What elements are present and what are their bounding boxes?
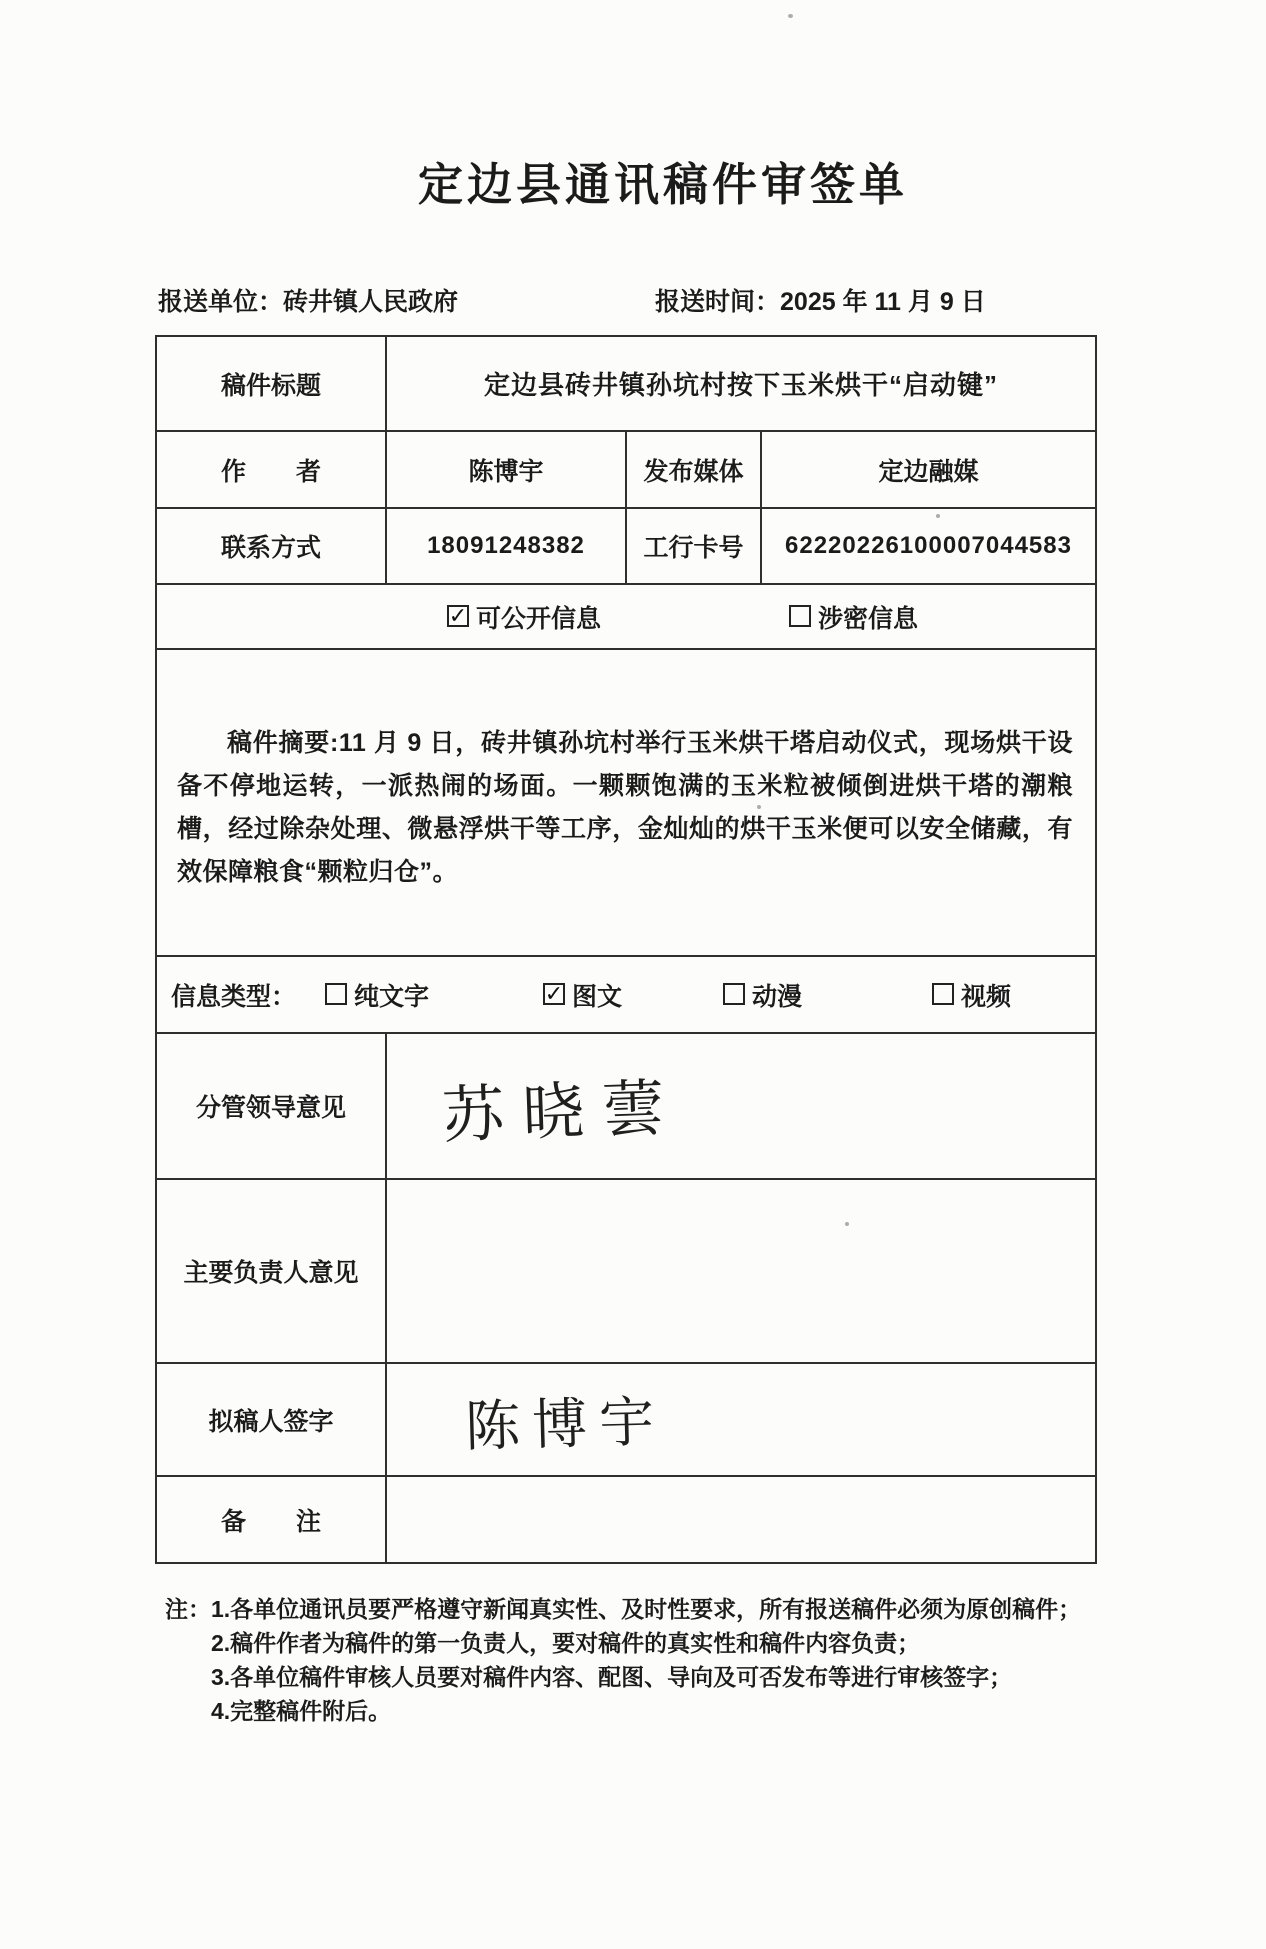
secret-info-checkbox-icon	[789, 605, 811, 627]
principal-opinion-area	[387, 1180, 1095, 1362]
submit-unit-value: 砖井镇人民政府	[283, 288, 458, 316]
row-leader-opinion: 分管领导意见 苏晓蕓	[157, 1034, 1095, 1180]
leader-opinion-label: 分管领导意见	[157, 1034, 387, 1178]
author-value: 陈博宇	[387, 432, 627, 507]
manuscript-summary: 稿件摘要:11 月 9 日，砖井镇孙坑村举行玉米烘干塔启动仪式，现场烘干设备不停…	[157, 650, 1095, 894]
footnote-item: 3.各单位稿件审核人员要对稿件内容、配图、导向及可否发布等进行审核签字；	[211, 1660, 1081, 1694]
scan-speck	[936, 514, 940, 518]
submit-unit-label: 报送单位：	[158, 288, 283, 316]
drafter-signature: 陈博宇	[464, 1377, 667, 1461]
video-checkbox-icon	[932, 983, 954, 1005]
contact-label: 联系方式	[157, 509, 387, 583]
row-drafter-signature: 拟稿人签字 陈博宇	[157, 1364, 1095, 1477]
public-info-checkbox-icon: ✓	[447, 605, 469, 627]
public-info-label: 可公开信息	[476, 599, 601, 635]
manuscript-title-label: 稿件标题	[157, 337, 387, 430]
info-type-option-animation: 动漫	[723, 957, 802, 1032]
scan-speck	[757, 805, 761, 809]
footnote-item: 2.稿件作者为稿件的第一负责人，要对稿件的真实性和稿件内容负责；	[211, 1626, 1081, 1660]
image-text-checkbox-icon: ✓	[543, 983, 565, 1005]
footnote-item: 1.各单位通讯员要严格遵守新闻真实性、及时性要求，所有报送稿件必须为原创稿件；	[211, 1592, 1081, 1626]
remarks-area	[387, 1477, 1095, 1562]
row-info-type: 信息类型： 纯文字 ✓ 图文 动漫 视频	[157, 957, 1095, 1034]
row-manuscript-title: 稿件标题 定边县砖井镇孙坑村按下玉米烘干“启动键”	[157, 337, 1095, 432]
secret-info-label: 涉密信息	[818, 599, 918, 635]
bank-card-label: 工行卡号	[627, 509, 762, 583]
secret-info-option: 涉密信息	[789, 585, 918, 648]
row-remarks: 备 注	[157, 1477, 1095, 1562]
row-principal-opinion: 主要负责人意见	[157, 1180, 1095, 1364]
info-type-label: 信息类型：	[171, 957, 296, 1032]
image-text-label: 图文	[572, 977, 622, 1013]
meta-line: 报送单位：砖井镇人民政府 报送时间：2025 年 11 月 9 日	[158, 282, 1098, 316]
footnotes-list: 1.各单位通讯员要严格遵守新闻真实性、及时性要求，所有报送稿件必须为原创稿件； …	[211, 1592, 1081, 1728]
footnotes: 注： 1.各单位通讯员要严格遵守新闻真实性、及时性要求，所有报送稿件必须为原创稿…	[165, 1592, 1125, 1728]
author-label: 作 者	[157, 432, 387, 507]
text-only-label: 纯文字	[354, 977, 429, 1013]
submit-time-label: 报送时间：	[655, 288, 780, 316]
principal-opinion-label: 主要负责人意见	[157, 1180, 387, 1362]
animation-label: 动漫	[752, 977, 802, 1013]
row-summary: 稿件摘要:11 月 9 日，砖井镇孙坑村举行玉米烘干塔启动仪式，现场烘干设备不停…	[157, 650, 1095, 957]
contact-phone-value: 18091248382	[387, 509, 627, 583]
publish-media-value: 定边融媒	[762, 432, 1095, 507]
scan-speck	[788, 14, 793, 18]
drafter-signature-area: 陈博宇	[387, 1364, 1095, 1475]
submit-unit: 报送单位：砖井镇人民政府	[158, 282, 458, 318]
row-author: 作 者 陈博宇 发布媒体 定边融媒	[157, 432, 1095, 509]
animation-checkbox-icon	[723, 983, 745, 1005]
review-form-table: 稿件标题 定边县砖井镇孙坑村按下玉米烘干“启动键” 作 者 陈博宇 发布媒体 定…	[155, 335, 1097, 1564]
footnote-item: 4.完整稿件附后。	[211, 1694, 1081, 1728]
bank-card-value: 62220226100007044583	[762, 509, 1095, 583]
footnotes-prefix: 注：	[165, 1592, 211, 1728]
scanned-form-page: 定边县通讯稿件审签单 报送单位：砖井镇人民政府 报送时间：2025 年 11 月…	[0, 0, 1266, 1949]
info-type-option-text: 纯文字	[325, 957, 429, 1032]
video-label: 视频	[961, 977, 1011, 1013]
submit-time-value: 2025 年 11 月 9 日	[780, 288, 986, 316]
leader-signature: 苏晓蕓	[441, 1057, 684, 1154]
scan-speck	[845, 1222, 849, 1226]
remarks-label: 备 注	[157, 1477, 387, 1562]
drafter-signature-label: 拟稿人签字	[157, 1364, 387, 1475]
text-only-checkbox-icon	[325, 983, 347, 1005]
publish-media-label: 发布媒体	[627, 432, 762, 507]
row-contact: 联系方式 18091248382 工行卡号 622202261000070445…	[157, 509, 1095, 585]
leader-opinion-area: 苏晓蕓	[387, 1034, 1095, 1178]
row-publicity: ✓ 可公开信息 涉密信息	[157, 585, 1095, 650]
public-info-option: ✓ 可公开信息	[447, 585, 601, 648]
manuscript-title-value: 定边县砖井镇孙坑村按下玉米烘干“启动键”	[387, 337, 1095, 430]
info-type-option-video: 视频	[932, 957, 1011, 1032]
info-type-option-imagetext: ✓ 图文	[543, 957, 622, 1032]
document-title: 定边县通讯稿件审签单	[0, 148, 1266, 213]
submit-time: 报送时间：2025 年 11 月 9 日	[655, 282, 986, 318]
